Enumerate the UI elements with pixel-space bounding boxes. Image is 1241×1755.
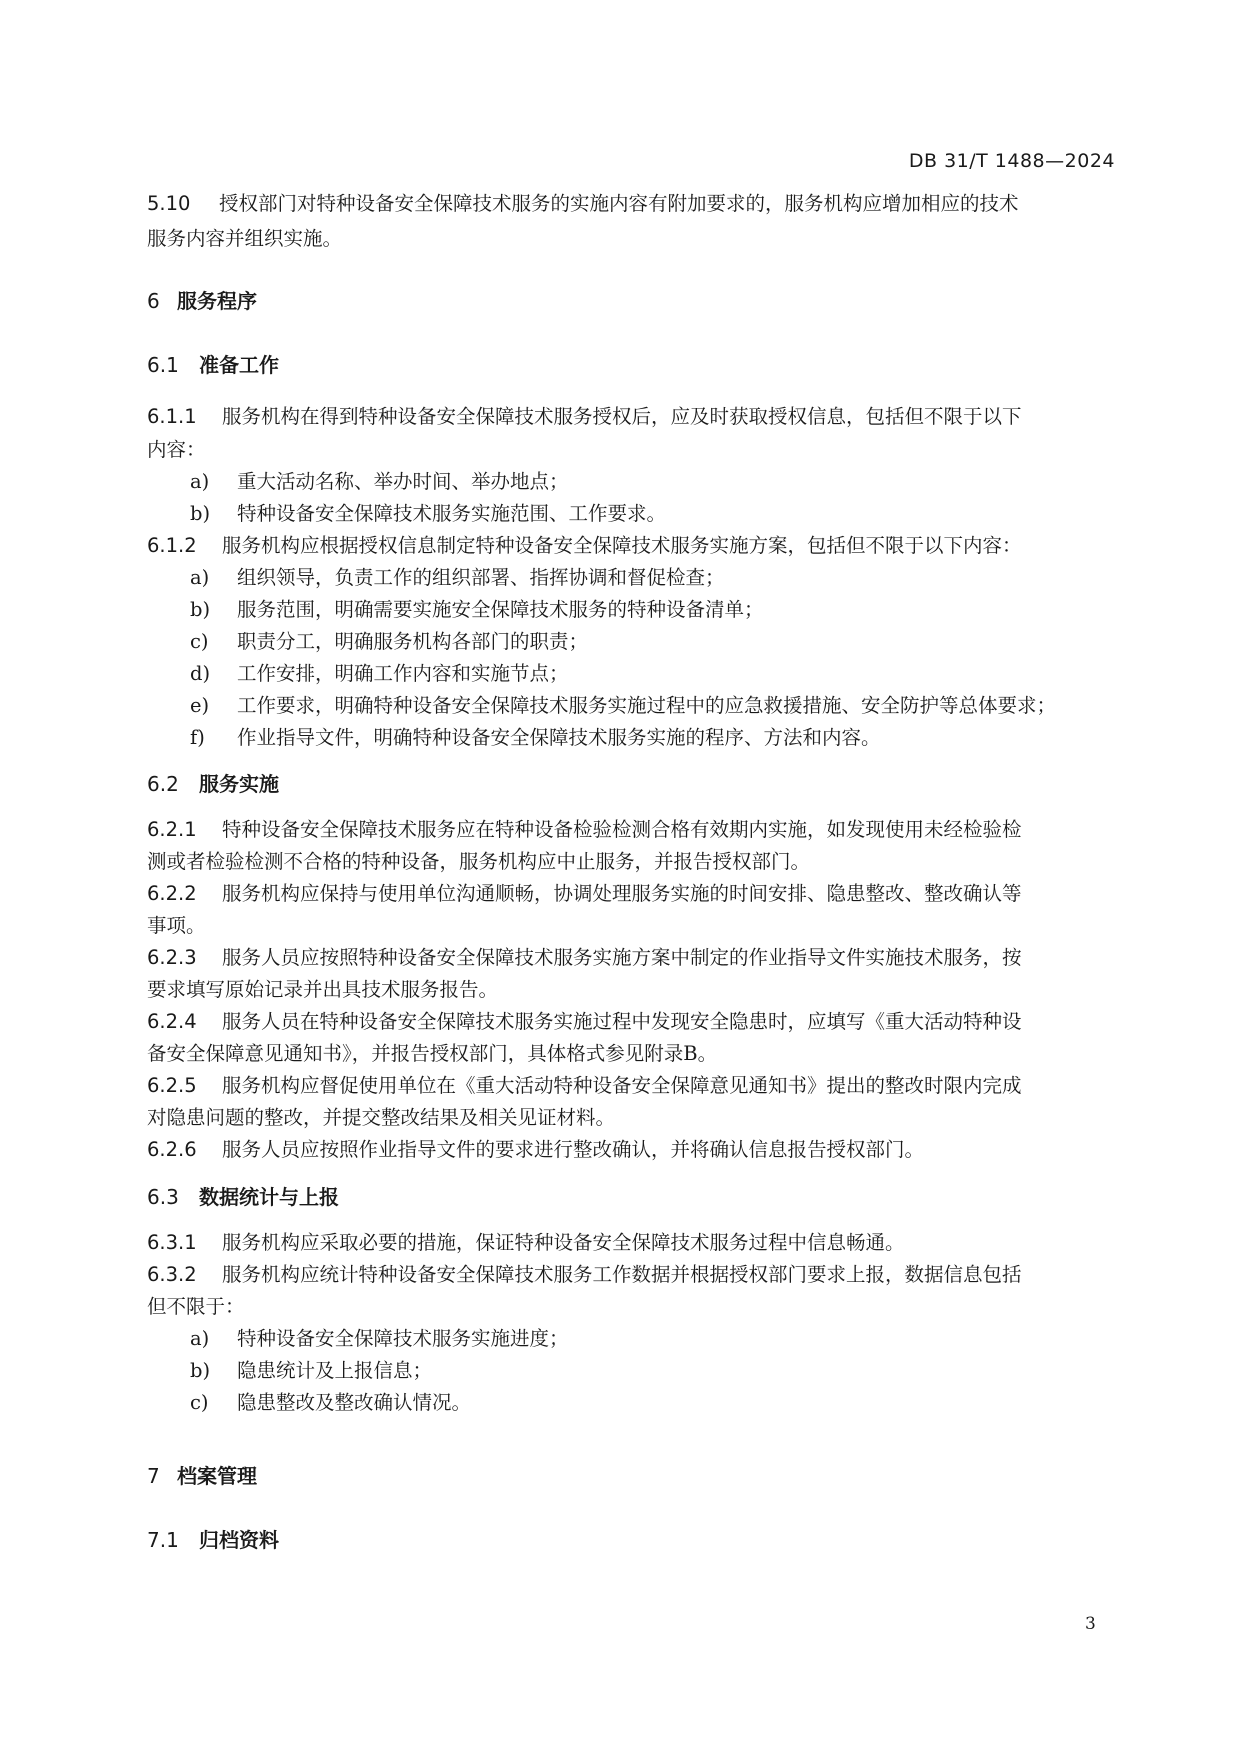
clause-6-1-2: 6.1.2服务机构应根据授权信息制定特种设备安全保障技术服务实施方案，包括但不限… bbox=[147, 532, 1022, 560]
section-title: 档案管理 bbox=[177, 1464, 257, 1488]
section-heading-7: 7档案管理 bbox=[147, 1462, 257, 1490]
clause-text: 服务机构在得到特种设备安全保障技术服务授权后，应及时获取授权信息，包括但不限于以… bbox=[222, 405, 1022, 428]
clause-text: 授权部门对特种设备安全保障技术服务的实施内容有附加要求的，服务机构应增加相应的技… bbox=[219, 192, 1019, 215]
list-label: d) bbox=[190, 660, 237, 688]
list-text: 组织领导，负责工作的组织部署、指挥协调和督促检查； bbox=[237, 566, 725, 589]
list-item: a)特种设备安全保障技术服务实施进度； bbox=[190, 1325, 569, 1353]
list-label: e) bbox=[190, 692, 237, 720]
clause-text: 服务机构应统计特种设备安全保障技术服务工作数据并根据授权部门要求上报，数据信息包… bbox=[222, 1263, 1022, 1286]
clause-number: 6.2.6 bbox=[147, 1136, 222, 1164]
clause-text: 特种设备安全保障技术服务应在特种设备检验检测合格有效期内实施，如发现使用未经检验… bbox=[222, 818, 1022, 841]
list-item: c)职责分工，明确服务机构各部门的职责； bbox=[190, 628, 588, 656]
list-label: c) bbox=[190, 628, 237, 656]
clause-number: 6.2.4 bbox=[147, 1008, 222, 1036]
clause-6-3-1: 6.3.1服务机构应采取必要的措施，保证特种设备安全保障技术服务过程中信息畅通。 bbox=[147, 1229, 905, 1257]
section-heading-6-1: 6.1准备工作 bbox=[147, 351, 279, 379]
list-item: f)作业指导文件，明确特种设备安全保障技术服务实施的程序、方法和内容。 bbox=[190, 724, 881, 752]
list-label: a) bbox=[190, 564, 237, 592]
list-item: a)组织领导，负责工作的组织部署、指挥协调和督促检查； bbox=[190, 564, 725, 592]
clause-text: 服务人员应按照作业指导文件的要求进行整改确认，并将确认信息报告授权部门。 bbox=[222, 1138, 924, 1161]
list-label: f) bbox=[190, 724, 237, 752]
clause-6-2-2-continued: 事项。 bbox=[147, 912, 206, 940]
clause-number: 5.10 bbox=[147, 190, 219, 218]
clause-5-10: 5.10授权部门对特种设备安全保障技术服务的实施内容有附加要求的，服务机构应增加… bbox=[147, 190, 1019, 218]
clause-6-1-1: 6.1.1服务机构在得到特种设备安全保障技术服务授权后，应及时获取授权信息，包括… bbox=[147, 403, 1022, 431]
clause-6-3-2: 6.3.2服务机构应统计特种设备安全保障技术服务工作数据并根据授权部门要求上报，… bbox=[147, 1261, 1022, 1289]
clause-number: 6.3.1 bbox=[147, 1229, 222, 1257]
document-page: DB 31/T 1488—2024 5.10授权部门对特种设备安全保障技术服务的… bbox=[0, 0, 1241, 1755]
list-text: 特种设备安全保障技术服务实施进度； bbox=[237, 1327, 569, 1350]
section-heading-7-1: 7.1归档资料 bbox=[147, 1526, 279, 1554]
clause-6-2-5-continued: 对隐患问题的整改，并提交整改结果及相关见证材料。 bbox=[147, 1104, 615, 1132]
page-number: 3 bbox=[1085, 1614, 1096, 1634]
clause-text: 服务人员应按照特种设备安全保障技术服务实施方案中制定的作业指导文件实施技术服务，… bbox=[222, 946, 1022, 969]
section-number: 6 bbox=[147, 287, 177, 315]
clause-text: 服务机构应保持与使用单位沟通顺畅，协调处理服务实施的时间安排、隐患整改、整改确认… bbox=[222, 882, 1022, 905]
section-heading-6-3: 6.3数据统计与上报 bbox=[147, 1183, 339, 1211]
list-text: 服务范围，明确需要实施安全保障技术服务的特种设备清单； bbox=[237, 598, 764, 621]
clause-text: 服务机构应采取必要的措施，保证特种设备安全保障技术服务过程中信息畅通。 bbox=[222, 1231, 905, 1254]
clause-number: 6.2.1 bbox=[147, 816, 222, 844]
clause-6-2-1: 6.2.1特种设备安全保障技术服务应在特种设备检验检测合格有效期内实施，如发现使… bbox=[147, 816, 1022, 844]
section-title: 归档资料 bbox=[199, 1528, 279, 1552]
clause-number: 6.1.2 bbox=[147, 532, 222, 560]
clause-6-2-4: 6.2.4服务人员在特种设备安全保障技术服务实施过程中发现安全隐患时，应填写《重… bbox=[147, 1008, 1022, 1036]
clause-number: 6.2.2 bbox=[147, 880, 222, 908]
section-number: 6.3 bbox=[147, 1183, 199, 1211]
clause-text: 服务人员在特种设备安全保障技术服务实施过程中发现安全隐患时，应填写《重大活动特种… bbox=[222, 1010, 1022, 1033]
list-item: c)隐患整改及整改确认情况。 bbox=[190, 1389, 471, 1417]
clause-6-2-2: 6.2.2服务机构应保持与使用单位沟通顺畅，协调处理服务实施的时间安排、隐患整改… bbox=[147, 880, 1022, 908]
clause-number: 6.1.1 bbox=[147, 403, 222, 431]
clause-text: 服务机构应督促使用单位在《重大活动特种设备安全保障意见通知书》提出的整改时限内完… bbox=[222, 1074, 1022, 1097]
list-label: b) bbox=[190, 596, 237, 624]
section-number: 6.1 bbox=[147, 351, 199, 379]
list-text: 工作要求，明确特种设备安全保障技术服务实施过程中的应急救援措施、安全防护等总体要… bbox=[237, 694, 1056, 717]
section-title: 服务程序 bbox=[177, 289, 257, 313]
section-number: 7.1 bbox=[147, 1526, 199, 1554]
clause-number: 6.3.2 bbox=[147, 1261, 222, 1289]
list-text: 作业指导文件，明确特种设备安全保障技术服务实施的程序、方法和内容。 bbox=[237, 726, 881, 749]
list-text: 重大活动名称、举办时间、举办地点； bbox=[237, 470, 569, 493]
list-text: 特种设备安全保障技术服务实施范围、工作要求。 bbox=[237, 502, 666, 525]
list-text: 隐患整改及整改确认情况。 bbox=[237, 1391, 471, 1414]
clause-5-10-continued: 服务内容并组织实施。 bbox=[147, 225, 342, 253]
standard-code: DB 31/T 1488—2024 bbox=[909, 150, 1115, 172]
list-text: 隐患统计及上报信息； bbox=[237, 1359, 432, 1382]
list-item: b)服务范围，明确需要实施安全保障技术服务的特种设备清单； bbox=[190, 596, 764, 624]
section-title: 数据统计与上报 bbox=[199, 1185, 339, 1209]
clause-6-2-5: 6.2.5服务机构应督促使用单位在《重大活动特种设备安全保障意见通知书》提出的整… bbox=[147, 1072, 1022, 1100]
section-heading-6-2: 6.2服务实施 bbox=[147, 770, 279, 798]
clause-6-2-3-continued: 要求填写原始记录并出具技术服务报告。 bbox=[147, 976, 498, 1004]
section-number: 7 bbox=[147, 1462, 177, 1490]
list-label: a) bbox=[190, 468, 237, 496]
section-number: 6.2 bbox=[147, 770, 199, 798]
clause-6-2-3: 6.2.3服务人员应按照特种设备安全保障技术服务实施方案中制定的作业指导文件实施… bbox=[147, 944, 1022, 972]
clause-number: 6.2.3 bbox=[147, 944, 222, 972]
list-item: a)重大活动名称、举办时间、举办地点； bbox=[190, 468, 569, 496]
section-title: 准备工作 bbox=[199, 353, 279, 377]
clause-6-1-1-continued: 内容： bbox=[147, 436, 206, 464]
clause-text: 服务机构应根据授权信息制定特种设备安全保障技术服务实施方案，包括但不限于以下内容… bbox=[222, 534, 1022, 557]
list-item: b)特种设备安全保障技术服务实施范围、工作要求。 bbox=[190, 500, 666, 528]
list-label: b) bbox=[190, 500, 237, 528]
list-item: e)工作要求，明确特种设备安全保障技术服务实施过程中的应急救援措施、安全防护等总… bbox=[190, 692, 1056, 720]
list-text: 职责分工，明确服务机构各部门的职责； bbox=[237, 630, 588, 653]
list-item: d)工作安排，明确工作内容和实施节点； bbox=[190, 660, 569, 688]
clause-6-2-1-continued: 测或者检验检测不合格的特种设备，服务机构应中止服务，并报告授权部门。 bbox=[147, 848, 810, 876]
clause-6-3-2-continued: 但不限于： bbox=[147, 1293, 245, 1321]
clause-6-2-4-continued: 备安全保障意见通知书》，并报告授权部门，具体格式参见附录B。 bbox=[147, 1040, 717, 1068]
clause-number: 6.2.5 bbox=[147, 1072, 222, 1100]
section-title: 服务实施 bbox=[199, 772, 279, 796]
list-label: c) bbox=[190, 1389, 237, 1417]
clause-6-2-6: 6.2.6服务人员应按照作业指导文件的要求进行整改确认，并将确认信息报告授权部门… bbox=[147, 1136, 924, 1164]
list-label: a) bbox=[190, 1325, 237, 1353]
list-label: b) bbox=[190, 1357, 237, 1385]
section-heading-6: 6服务程序 bbox=[147, 287, 257, 315]
list-text: 工作安排，明确工作内容和实施节点； bbox=[237, 662, 569, 685]
list-item: b)隐患统计及上报信息； bbox=[190, 1357, 432, 1385]
